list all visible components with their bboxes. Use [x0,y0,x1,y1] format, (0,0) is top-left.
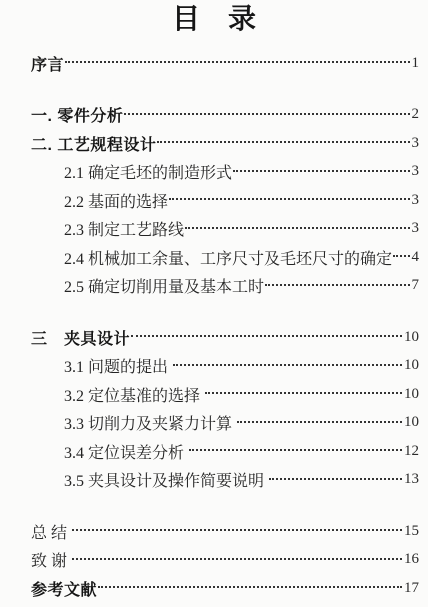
toc-entry-label: 3.2 定位基准的选择 [64,383,204,406]
toc-page-number: 4 [412,249,420,266]
toc-page-number: 3 [412,163,420,180]
toc-entry-label: 参考文献 [31,577,97,600]
toc-row: 三 夹具设计 10 [0,323,428,352]
dot-leader [173,364,402,366]
dot-leader [169,198,409,200]
dot-leader [237,421,402,423]
dot-leader [124,113,409,115]
toc-entry-label: 3.1 问题的提出 [64,354,172,377]
dot-leader [65,61,409,63]
toc-entry-label: 2.4 机械加工余量、工序尺寸及毛坯尺寸的确定 [64,246,392,269]
dot-leader [233,170,409,172]
dot-leader [189,449,402,451]
toc-row: 3.4 定位误差分析 12 [0,437,428,466]
toc-entry-label: 3.5 夹具设计及操作简要说明 [64,468,268,491]
toc-page-number: 3 [412,192,420,209]
toc-entry-label: 2.2 基面的选择 [64,189,168,212]
toc-entry-label: 2.5 确定切削用量及基本工时 [64,274,264,297]
toc-page-number: 10 [404,414,419,431]
toc-row: 2.4 机械加工余量、工序尺寸及毛坯尺寸的确定 4 [0,243,428,272]
dot-leader [131,335,402,337]
toc-row: 3.1 问题的提出 10 [0,352,428,381]
toc-page-number: 3 [412,135,420,152]
toc-entry-label: 2.3 制定工艺路线 [64,217,184,240]
dot-leader [157,141,409,143]
toc-row: 2.5 确定切削用量及基本工时 7 [0,272,428,301]
toc-page-number: 12 [404,443,419,460]
toc-row: 序言 1 [0,49,428,78]
dot-leader [205,392,402,394]
toc-row: 致 谢 16 [0,546,428,575]
dot-leader [269,478,402,480]
toc-page: 目 录 序言 1 一. 零件分析 2 二. 工艺规程设计 3 2.1 确定毛坯的… [0,2,428,607]
toc-page-number: 10 [404,386,419,403]
toc-entry-label: 3.4 定位误差分析 [64,440,188,463]
toc-row: 3.2 定位基准的选择 10 [0,380,428,409]
toc-entry-label: 总 结 [31,520,71,543]
dot-leader [265,284,409,286]
toc-row: 总 结 15 [0,517,428,546]
toc-page-number: 10 [404,329,419,346]
toc-entry-label: 2.1 确定毛坯的制造形式 [64,160,232,183]
toc-row: 2.3 制定工艺路线 3 [0,215,428,244]
toc-entry-label: 3.3 切削力及夹紧力计算 [64,411,236,434]
toc-entry-label: 致 谢 [31,548,71,571]
toc-row: 一. 零件分析 2 [0,101,428,130]
dot-leader [185,227,409,229]
toc-page-number: 3 [412,220,420,237]
dot-leader [98,586,402,588]
dot-leader [72,529,402,531]
dot-leader [393,255,409,257]
toc-row: 2.1 确定毛坯的制造形式 3 [0,158,428,187]
dot-leader [72,558,402,560]
toc-row: 3.3 切削力及夹紧力计算 10 [0,409,428,438]
toc-page-number: 7 [412,277,420,294]
toc-page-number: 10 [404,357,419,374]
toc-page-number: 15 [404,523,419,540]
toc-page-number: 13 [404,471,419,488]
toc-page-number: 1 [412,55,420,72]
toc-row: 二. 工艺规程设计 3 [0,129,428,158]
toc-list: 序言 1 一. 零件分析 2 二. 工艺规程设计 3 2.1 确定毛坯的制造形式… [0,49,428,603]
toc-row: 2.2 基面的选择 3 [0,186,428,215]
toc-page-number: 16 [404,551,419,568]
page-title: 目 录 [0,2,428,36]
toc-entry-label: 二. 工艺规程设计 [31,132,156,155]
toc-entry-label: 三 夹具设计 [31,326,130,349]
toc-row: 3.5 夹具设计及操作简要说明 13 [0,466,428,495]
toc-entry-label: 一. 零件分析 [31,103,123,126]
toc-page-number: 17 [404,580,419,597]
toc-page-number: 2 [412,106,420,123]
toc-row: 参考文献 17 [0,574,428,603]
toc-entry-label: 序言 [31,52,64,75]
